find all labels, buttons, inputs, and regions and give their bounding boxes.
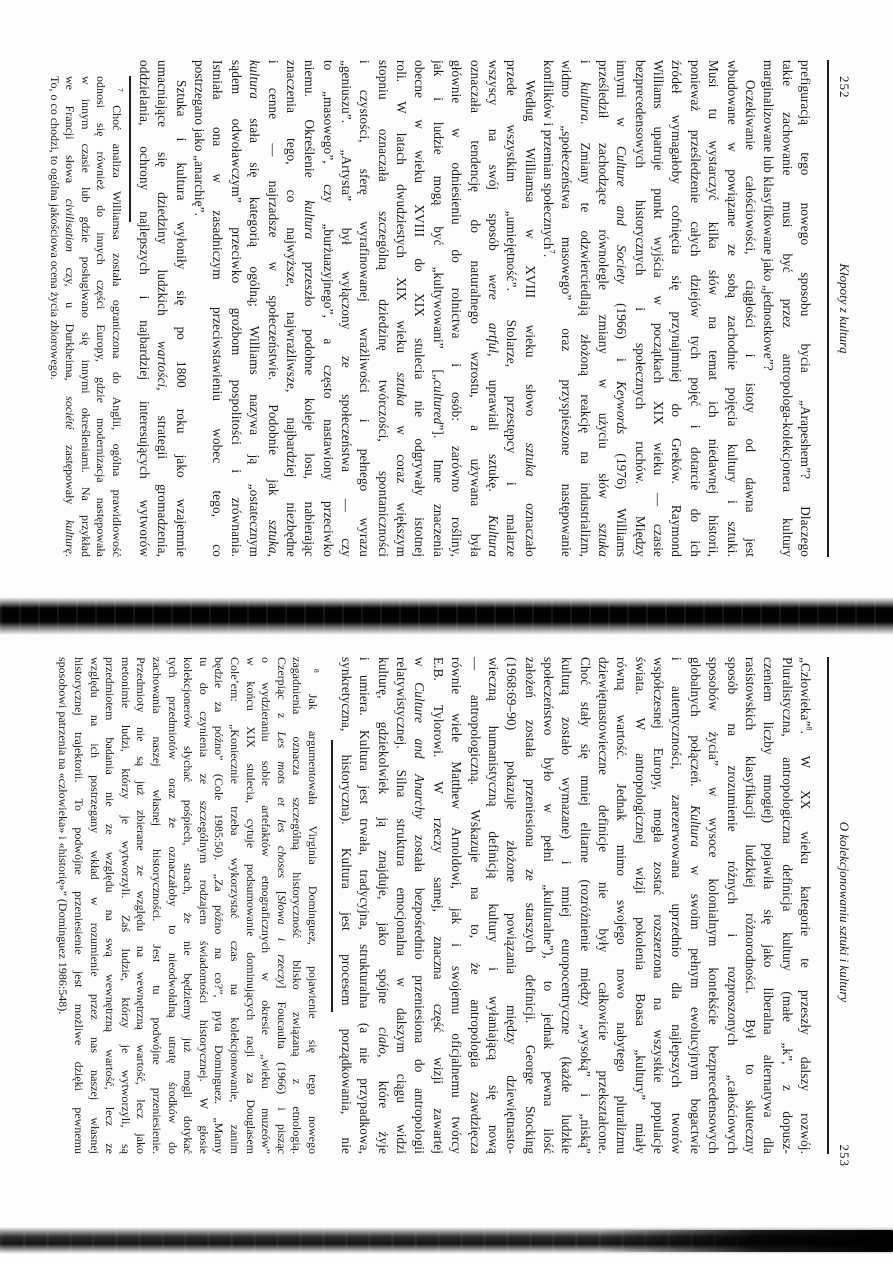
running-title: Kłopoty z kulturą <box>836 60 852 557</box>
footnote-block: 7 Choć analiza Williamsa została ogranic… <box>46 76 124 557</box>
footnote-line: metonimie ludzi, którzy je wytworzyli. Z… <box>117 657 133 1154</box>
text-line: kultura stała się kategorią ogólną; Will… <box>245 60 263 557</box>
gutter-fold-shadow <box>0 597 893 635</box>
footnote-separator <box>129 76 131 222</box>
footnote-line: tu do czynienia ze szczególnym rodzajem … <box>195 657 211 1154</box>
text-line: oznaczała tendencję do naturalnego wzros… <box>465 60 483 557</box>
text-line: źródeł wymagałoby cofnięcia się przynajm… <box>667 60 685 557</box>
text-line: ponieważ prześledzenie całych dziejów ty… <box>685 60 703 557</box>
body-text-column: prefiguracją tego nowego sposobu bycia „… <box>135 60 814 557</box>
footnote-line: w końcu XIX stulecia, cytuje podsumowani… <box>242 657 258 1154</box>
text-line: Istniała ona w zasadniczym przeciwstawie… <box>208 60 226 557</box>
text-line: jak i ludzie mogą być „kultywowani” [„cu… <box>428 60 446 557</box>
text-line: roli. W latach dwudziestych XIX wieku sz… <box>392 60 410 557</box>
text-line: „Człowieka”8. W XX wieku kategorie te pr… <box>796 657 814 1154</box>
footnote-line: Cole’em: „Koniecznie trzeba wykorzystać … <box>226 657 242 1154</box>
footnote-line: historycznej trajektorii. To podwójne pr… <box>71 657 87 1154</box>
corner-scan-shadow <box>600 1230 893 1252</box>
text-line: Choć stały się mniej elitarne (rozróżnie… <box>575 657 593 1154</box>
footnote-line: 8 Jak argumentowała Virginia Dominguez, … <box>304 657 320 1154</box>
scanned-book-page: 252 Kłopoty z kulturą prefiguracją tego … <box>0 0 893 1263</box>
text-line: Williams upatruje punkt wyjścia w począt… <box>649 60 667 557</box>
text-line: widmo „społeczeństwa masowego” oraz przy… <box>557 60 575 557</box>
page-number: 253 <box>836 1145 852 1168</box>
footnote-line: będzie za późno” (Cole 1985:50). „Za póź… <box>211 657 227 1154</box>
text-line: globalnych połączeń. Kultura w swoim peł… <box>685 657 703 1154</box>
text-line: sądem odwoławczym” przeciwko groźbom pos… <box>227 60 245 557</box>
text-line: oddzielania, ochrony najlepszych i najba… <box>135 60 153 557</box>
footnote-block: 8 Jak argumentowała Virginia Dominguez, … <box>55 657 320 1154</box>
text-line: kulturę, gdziekolwiek ją znajduje, jako … <box>373 657 391 1154</box>
text-line: prefiguracją tego nowego sposobu bycia „… <box>796 60 814 557</box>
footnote-line: we Francji słowa civilisation czy, u Dur… <box>62 76 78 557</box>
footnote-line: tych przedmiotów oraz że oznaczałoby to … <box>164 657 180 1154</box>
text-line: dziewiętnastowieczne definicje nie były … <box>594 657 612 1154</box>
text-line: rasistowskich klasyfikacji ludzkiej różn… <box>741 657 759 1154</box>
footnote-line: Czerpiąc z Les mots et les choses [Słowa… <box>273 657 289 1154</box>
running-head: 252 Kłopoty z kulturą <box>832 60 852 557</box>
text-line: postrzegano jako „anarchię”. <box>190 60 208 557</box>
text-line: „geniuszu”. „Artysta” był wyłączony ze s… <box>337 60 355 557</box>
footnote-line: o wydzieraniu sobie artefaktów etnografi… <box>258 657 274 1154</box>
text-line: kulturą zostało wymazane) i mniej europo… <box>557 657 575 1154</box>
text-line: (1968:69–90) pokazuje złożone powiązania… <box>502 657 520 1154</box>
text-line: przede wszystkim „umiejętność”. Stolarze… <box>502 60 520 557</box>
text-line: Według Williamsa w XVIII wieku słowo szt… <box>520 60 538 557</box>
text-line: założeń została przeniesiona ze starszyc… <box>520 657 538 1154</box>
text-line: stopniu oznaczała szczególną dziedzinę t… <box>373 60 391 557</box>
footnote-line: zagadnienia oznacza szczególną historycz… <box>289 657 305 1154</box>
text-line: wieczną humanistyczną definicją kultury … <box>484 657 502 1154</box>
text-line: to „masowego”, czy „burżuazyjnego”, a cz… <box>318 60 336 557</box>
footnote-separator <box>331 740 333 1012</box>
text-line: synkretyczna, historyczna). Kultura jest… <box>337 657 355 1154</box>
footnote-line: To, o co chodzi, to ogólna jakościowa oc… <box>46 76 62 557</box>
text-line: równie wiele Matthew Arnoldowi, jak i sw… <box>447 657 465 1154</box>
footnote-line: kolekcjonerów słychać pośpiech, strach, … <box>180 657 196 1154</box>
text-line: relatywistycznej. Silna struktura emocjo… <box>392 657 410 1154</box>
text-line: E.B. Tylorowi. W rzeczy samej, znaczna c… <box>428 657 446 1154</box>
text-line: i umiera. Kultura jest trwała, tradycyjn… <box>355 657 373 1154</box>
text-line: wbudowane w powiązane ze sobą zachodnie … <box>722 60 740 557</box>
body-text-column: „Człowieka”8. W XX wieku kategorie te pr… <box>337 657 814 1154</box>
text-line: sposobów życia” w wysoce kolonialnym kon… <box>704 657 722 1154</box>
text-line: i kultura. Zmiany te odzwierciedlają zło… <box>575 60 593 557</box>
text-line: obecne w wieku XVIII do XIX stulecia nie… <box>410 60 428 557</box>
text-line: i cenne — najrzadsze w społeczeństwie. P… <box>263 60 281 557</box>
text-line: niemu. Określenie kultura przeszło podob… <box>300 60 318 557</box>
footnote-line: odnosi się również do innych części Euro… <box>93 76 109 557</box>
text-line: Oczekiwanie całościowości, ciągłości i i… <box>741 60 759 557</box>
footnote-line: względu na ich postrzegany wkład w rozum… <box>86 657 102 1154</box>
footnote-line: zachowania naszej własnej historyczności… <box>148 657 164 1154</box>
text-line: innymi w Culture and Society (1966) i Ke… <box>612 60 630 557</box>
book-page-252: 252 Kłopoty z kulturą prefiguracją tego … <box>0 0 893 610</box>
text-line: czeniem liczby mnogiej) pojawiła się jak… <box>759 657 777 1154</box>
footnote-line: Przedmioty nie są już zbierane ze względ… <box>133 657 149 1154</box>
header-rule <box>827 657 829 1154</box>
text-line: bezprecedensowych historycznych i społec… <box>630 60 648 557</box>
text-line: Sztuka i kultura wyłoniły się po 1800 ro… <box>171 60 189 557</box>
text-line: umacniające się dziedziny ludzkich warto… <box>153 60 171 557</box>
text-line: głównie w odniesieniu do rolnictwa i osó… <box>447 60 465 557</box>
text-line: znaczenia tego, co najwyższe, najwrażliw… <box>282 60 300 557</box>
text-line: takie zachowanie musi być przez antropol… <box>777 60 795 557</box>
text-line: społeczeństwo było w pełni „kulturalne”)… <box>539 657 557 1154</box>
footnote-line: przedmiotem badania nie ze względu na sw… <box>102 657 118 1154</box>
text-line: Musi tu wystarczyć kilka słów na temat i… <box>704 60 722 557</box>
running-head: O kolekcjonowaniu sztuki i kultury 253 <box>832 657 852 1167</box>
text-line: sposób na zrozumienie różnych i rozprosz… <box>722 657 740 1154</box>
text-line: wszyscy na swój sposób were artful, upra… <box>484 60 502 557</box>
running-title: O kolekcjonowaniu sztuki i kultury <box>836 657 852 1167</box>
text-line: i czystości, sferę wyrafinowanej wrażliw… <box>355 60 373 557</box>
text-line: równą wartość. Jednak mimo swojego nowo … <box>612 657 630 1154</box>
text-line: prześledził zachodzące równolegle zmiany… <box>594 60 612 557</box>
header-rule <box>827 60 829 557</box>
text-line: współczesnej Europy, mogła zostać rozsze… <box>649 657 667 1154</box>
footnote-line: w innym czasie lub gdzie posługiwano się… <box>77 76 93 557</box>
text-line: w Culture and Anarchy została bezpośredn… <box>410 657 428 1154</box>
footnote-line: sposobowi patrzenia na «człowieka» i «hi… <box>55 657 71 1154</box>
text-line: i autentyczności, zarezerwowana uprzedni… <box>667 657 685 1154</box>
text-line: świata. W antropologicznej wizji pokolen… <box>630 657 648 1154</box>
footnote-line: 7 Choć analiza Williamsa została ogranic… <box>108 76 124 557</box>
text-line: marginalizowane lub klasyfikowane jako „… <box>759 60 777 557</box>
text-line: konfliktów i przemian społecznych7. <box>539 60 557 557</box>
text-line: Pluralistyczna, antropologiczna definicj… <box>777 657 795 1154</box>
text-line: — antropologiczną. Wskazuje na to, że an… <box>465 657 483 1154</box>
book-page-253: O kolekcjonowaniu sztuki i kultury 253 „… <box>0 610 893 1263</box>
